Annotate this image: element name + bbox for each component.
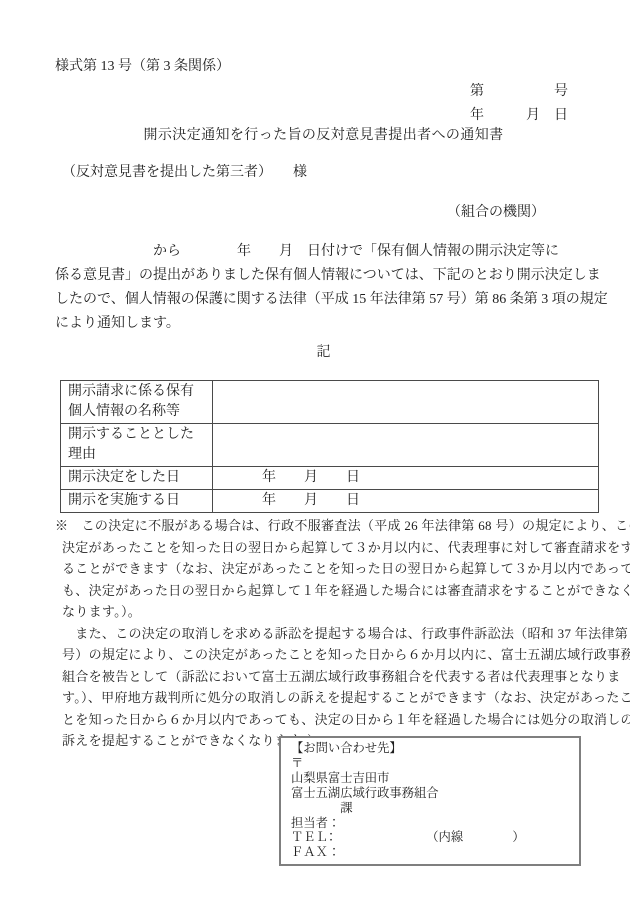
note-line: も、決定があった日の翌日から起算して１年を経過した場合には審査請求をすることがで… bbox=[62, 580, 592, 602]
row-value bbox=[213, 381, 599, 424]
row-label: 開示を実施する日 bbox=[61, 490, 213, 513]
note-line: とを知った日から６か月以内であっても、決定の日から１年を経過した場合には処分の取… bbox=[62, 709, 592, 731]
row-label-line: 開示決定をした日 bbox=[68, 468, 207, 488]
table-row: 開示決定をした日 年 月 日 bbox=[61, 467, 599, 490]
note-line: なります。）。 bbox=[62, 601, 592, 623]
table-row: 開示を実施する日 年 月 日 bbox=[61, 490, 599, 513]
row-label-line: 理由 bbox=[68, 445, 207, 465]
note-line: す。）、甲府地方裁判所に処分の取消しの訴えを提起することができます（なお、決定が… bbox=[62, 687, 592, 709]
note-line: ※ この決定に不服がある場合は、行政不服審査法（平成 26 年法律第 68 号）… bbox=[55, 515, 592, 537]
disclosure-table: 開示請求に係る保有 個人情報の名称等 開示することとした 理由 開示決定をした日 bbox=[60, 380, 599, 513]
recipient-line: （反対意見書を提出した第三者） 様 bbox=[55, 163, 592, 183]
postal-mark-line: 〒 bbox=[291, 756, 569, 771]
body-line: 係る意見書」の提出がありました保有個人情報については、下記のとおり開示決定しま bbox=[55, 264, 592, 288]
body-line: したので、個人情報の保護に関する法律（平成 15 年法律第 57 号）第 86 … bbox=[55, 288, 592, 312]
body-line: から 年 月 日付けで「保有個人情報の開示決定等に bbox=[55, 240, 592, 264]
note-line: 号）の規定により、この決定があったことを知った日から６か月以内に、富士五湖広域行… bbox=[62, 644, 592, 666]
body-paragraph: から 年 月 日付けで「保有個人情報の開示決定等に 係る意見書」の提出がありまし… bbox=[55, 240, 592, 336]
row-label-line: 個人情報の名称等 bbox=[68, 402, 207, 422]
document-number-blank: 第 号 bbox=[55, 82, 592, 102]
row-label-line: 開示を実施する日 bbox=[68, 491, 207, 511]
contact-box-title: 【お問い合わせ先】 bbox=[291, 741, 569, 756]
row-label-line: 開示請求に係る保有 bbox=[68, 382, 207, 402]
contact-box: 【お問い合わせ先】 〒 山梨県富士吉田市 富士五湖広域行政事務組合 課 担当者：… bbox=[279, 736, 581, 866]
page-title: 開示決定通知を行った旨の反対意見書提出者への通知書 bbox=[55, 126, 592, 146]
note-line: ることができます（なお、決定があったことを知った日の翌日から起算して３か月以内で… bbox=[62, 558, 592, 580]
contact-person-line: 担当者： bbox=[291, 816, 569, 831]
fax-line: ＦＡＸ： bbox=[291, 845, 569, 860]
date-blank: 年 月 日 bbox=[55, 106, 592, 126]
table-row: 開示することとした 理由 bbox=[61, 424, 599, 467]
row-label: 開示請求に係る保有 個人情報の名称等 bbox=[61, 381, 213, 424]
body-line: により通知します。 bbox=[55, 312, 592, 336]
table-row: 開示請求に係る保有 個人情報の名称等 bbox=[61, 381, 599, 424]
row-label: 開示決定をした日 bbox=[61, 467, 213, 490]
note-line: また、この決定の取消しを求める訴訟を提起する場合は、行政事件訴訟法（昭和 37 … bbox=[62, 623, 592, 645]
note-line: 組合を被告として（訴訟において富士五湖広域行政事務組合を代表する者は代表理事とな… bbox=[62, 666, 592, 688]
document-content: 様式第 13 号（第 3 条関係） 第 号 年 月 日 開示決定通知を行った旨の… bbox=[0, 0, 630, 752]
section-line: 課 bbox=[291, 801, 569, 816]
issuer-line: （組合の機関） bbox=[55, 203, 592, 223]
row-value: 年 月 日 bbox=[213, 467, 599, 490]
form-number: 様式第 13 号（第 3 条関係） bbox=[55, 57, 592, 77]
row-label-line: 開示することとした bbox=[68, 425, 207, 445]
note-line: 決定があったことを知った日の翌日から起算して３か月以内に、代表理事に対して審査請… bbox=[62, 537, 592, 559]
ki-heading: 記 bbox=[55, 343, 592, 363]
appeal-notes: ※ この決定に不服がある場合は、行政不服審査法（平成 26 年法律第 68 号）… bbox=[55, 515, 592, 752]
organization-line: 富士五湖広域行政事務組合 bbox=[291, 786, 569, 801]
tel-line: ＴＥＬ： （内線 ） bbox=[291, 830, 569, 845]
row-value bbox=[213, 424, 599, 467]
address-line: 山梨県富士吉田市 bbox=[291, 771, 569, 786]
row-label: 開示することとした 理由 bbox=[61, 424, 213, 467]
row-value: 年 月 日 bbox=[213, 490, 599, 513]
document-page: 様式第 13 号（第 3 条関係） 第 号 年 月 日 開示決定通知を行った旨の… bbox=[0, 0, 630, 903]
